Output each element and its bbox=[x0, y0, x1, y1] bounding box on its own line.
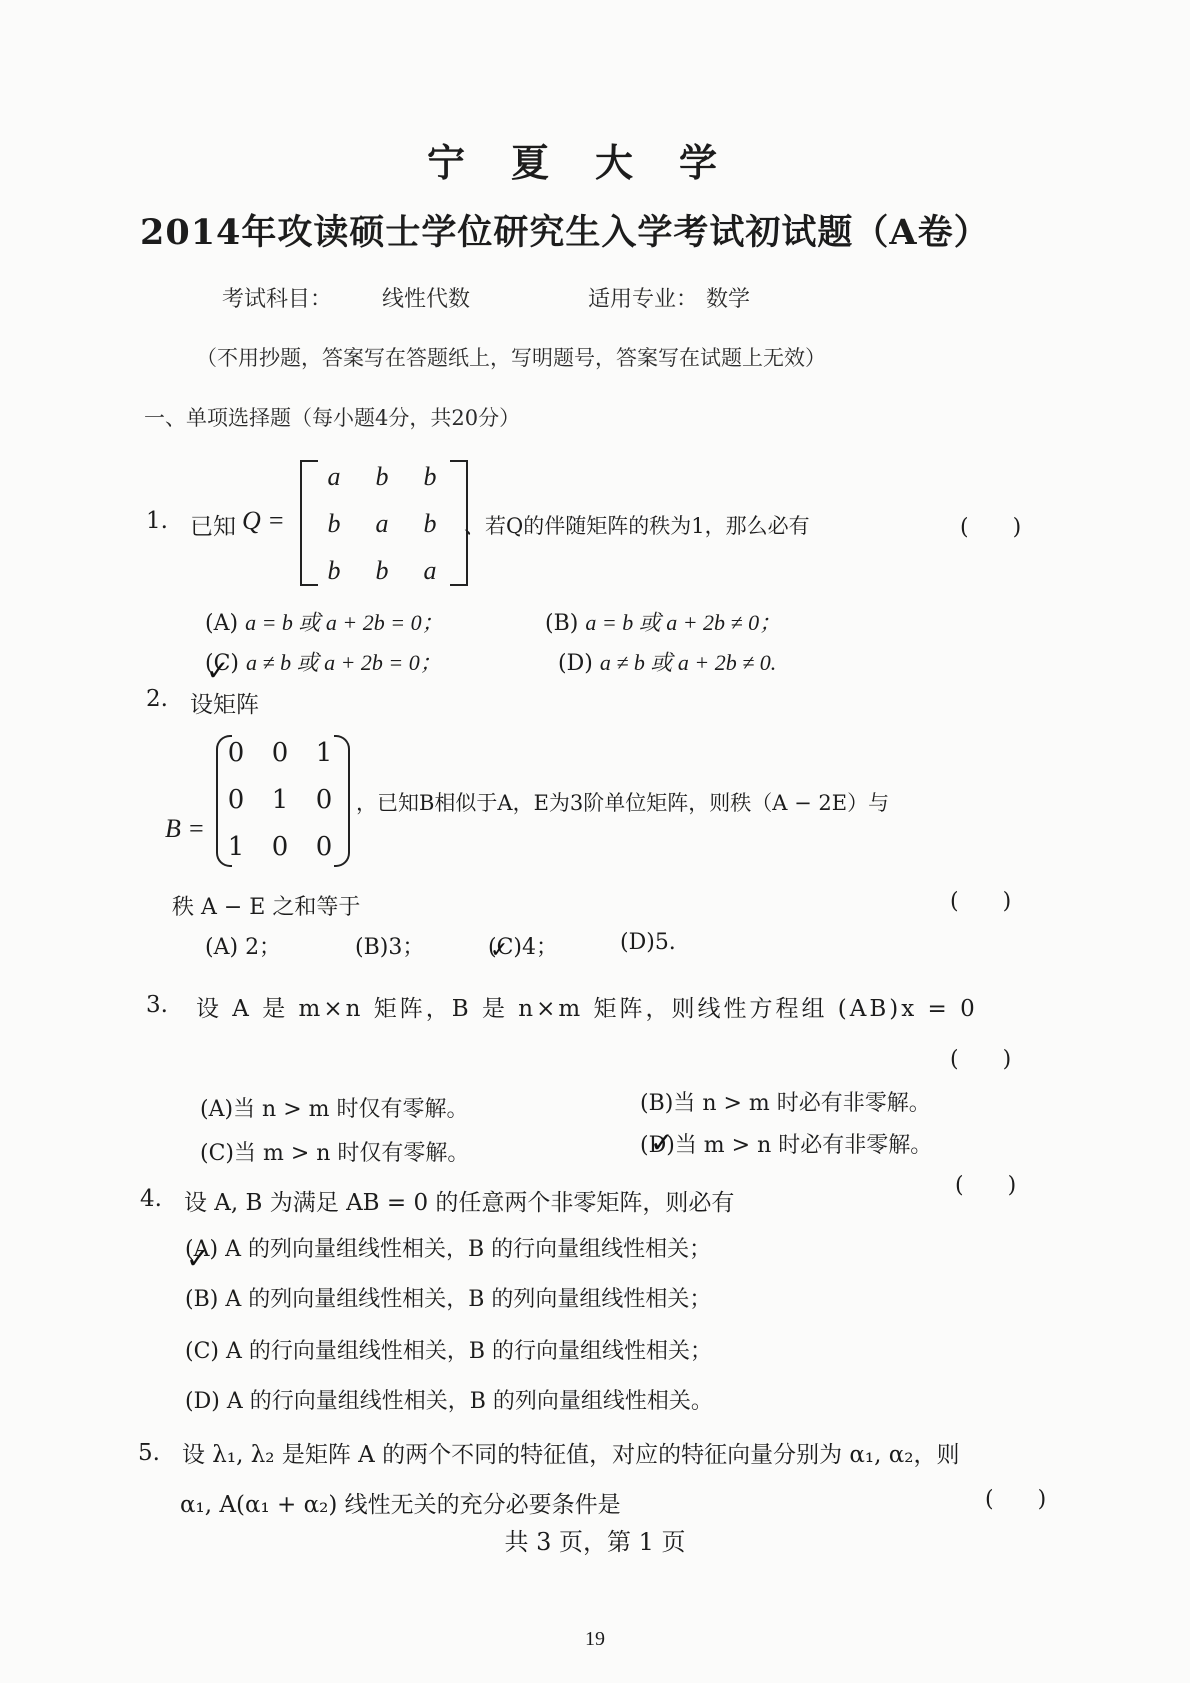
option-text: 当 n > m 时仅有零解。 bbox=[233, 1097, 468, 1122]
matrix-cell: a bbox=[328, 462, 341, 492]
matrix-cell: b bbox=[328, 556, 341, 586]
option-label: (A) bbox=[200, 1097, 233, 1122]
major-value: 数学 bbox=[706, 282, 750, 313]
option-d: (D)5. bbox=[620, 930, 676, 955]
matrix-cell: 1 bbox=[272, 785, 289, 815]
option-a: (A) A 的列向量组线性相关，B 的行向量组线性相关； bbox=[185, 1232, 711, 1263]
option-c: (C) a ≠ b 或 a + 2b = 0； bbox=[205, 646, 442, 677]
answer-blank: ( ) bbox=[960, 510, 1021, 541]
matrix-cell: 0 bbox=[228, 785, 245, 815]
answer-blank: ( ) bbox=[950, 884, 1011, 915]
question-stem: 设 A 是 m×n 矩阵，B 是 n×m 矩阵，则线性方程组 (AB)x = 0 bbox=[196, 990, 978, 1023]
question-stem: 设 A, B 为满足 AB = 0 的任意两个非零矩阵，则必有 bbox=[184, 1184, 734, 1217]
matrix-cell: 0 bbox=[272, 738, 289, 768]
option-text: 2； bbox=[245, 935, 281, 960]
option-c: (C)当 m > n 时仅有零解。 bbox=[200, 1136, 469, 1167]
matrix-cell: a bbox=[376, 509, 389, 539]
answer-blank: ( ) bbox=[955, 1168, 1016, 1199]
option-text: a ≠ b 或 a + 2b ≠ 0. bbox=[600, 650, 777, 675]
option-label: (C) bbox=[185, 1339, 219, 1364]
section-heading: 一、单项选择题（每小题4分，共20分） bbox=[144, 402, 520, 432]
check-mark-icon: ✓ bbox=[186, 1242, 209, 1275]
check-mark-icon: ✓ bbox=[650, 1126, 673, 1159]
matrix-cell: 1 bbox=[228, 832, 245, 862]
option-text: A 的行向量组线性相关，B 的行向量组线性相关； bbox=[226, 1339, 712, 1364]
matrix-name: Q = bbox=[242, 506, 285, 536]
option-d: (D) A 的行向量组线性相关，B 的列向量组线性相关。 bbox=[185, 1384, 713, 1415]
option-text: a = b 或 a + 2b ≠ 0； bbox=[585, 610, 781, 635]
option-b: (B) A 的列向量组线性相关，B 的列向量组线性相关； bbox=[185, 1282, 711, 1313]
instructions: （不用抄题，答案写在答题纸上，写明题号，答案写在试题上无效） bbox=[196, 342, 826, 372]
matrix-cell: b bbox=[376, 556, 389, 586]
school-name: 宁夏大学 bbox=[0, 132, 1190, 187]
question-number: 4. bbox=[140, 1186, 162, 1212]
matrix-name: B = bbox=[165, 814, 205, 844]
matrix-b: 0 0 1 0 1 0 1 0 0 bbox=[214, 729, 346, 870]
check-mark-icon: ✓ bbox=[490, 938, 508, 963]
question-number: 3. bbox=[146, 992, 168, 1018]
option-label: (D) bbox=[558, 651, 593, 676]
option-label: (C) bbox=[200, 1141, 234, 1166]
option-label: (B) bbox=[545, 611, 578, 636]
matrix-cell: a bbox=[424, 556, 437, 586]
option-d: (D)当 m > n 时必有非零解。 bbox=[640, 1128, 932, 1159]
matrix-cell: 0 bbox=[228, 738, 245, 768]
option-text: a ≠ b 或 a + 2b = 0； bbox=[246, 650, 442, 675]
option-text: 4； bbox=[522, 935, 558, 960]
matrix-cell: b bbox=[376, 462, 389, 492]
option-b: (B)当 n > m 时必有非零解。 bbox=[640, 1086, 931, 1117]
option-d: (D) a ≠ b 或 a + 2b ≠ 0. bbox=[558, 646, 776, 677]
option-b: (B) a = b 或 a + 2b ≠ 0； bbox=[545, 606, 781, 637]
subject-value: 线性代数 bbox=[382, 282, 470, 313]
question-stem: 、若Q的伴随矩阵的秩为1，那么必有 bbox=[464, 510, 810, 540]
option-label: (B) bbox=[185, 1287, 218, 1312]
question-stem: ，已知B相似于A，E为3阶单位矩阵，则秩（A − 2E）与 bbox=[356, 787, 889, 817]
option-text: 当 m > n 时仅有零解。 bbox=[234, 1141, 469, 1166]
answer-blank: ( ) bbox=[950, 1042, 1011, 1073]
option-a: (A) 2； bbox=[205, 930, 281, 961]
option-label: (D) bbox=[185, 1389, 220, 1414]
question-prefix: 已知 bbox=[190, 508, 236, 541]
option-label: (A) bbox=[205, 611, 238, 636]
matrix-q: a b b b a b b b a bbox=[310, 453, 454, 594]
question-stem: 设 λ₁, λ₂ 是矩阵 A 的两个不同的特征值，对应的特征向量分别为 α₁, … bbox=[182, 1436, 960, 1469]
option-text: 5. bbox=[655, 930, 676, 955]
matrix-cell: b bbox=[424, 462, 437, 492]
matrix-cell: b bbox=[328, 509, 341, 539]
option-label: (A) bbox=[205, 935, 238, 960]
option-text: a = b 或 a + 2b = 0； bbox=[245, 610, 444, 635]
question-stem-continued: 秩 A − E 之和等于 bbox=[172, 890, 360, 921]
option-c: (C) A 的行向量组线性相关，B 的行向量组线性相关； bbox=[185, 1334, 712, 1365]
right-paren bbox=[334, 735, 350, 867]
option-text: A 的行向量组线性相关，B 的列向量组线性相关。 bbox=[227, 1389, 713, 1414]
option-a: (A) a = b 或 a + 2b = 0； bbox=[205, 606, 444, 637]
check-mark-icon: ✓ bbox=[206, 654, 229, 687]
option-text: 3； bbox=[388, 935, 424, 960]
option-a: (A)当 n > m 时仅有零解。 bbox=[200, 1092, 469, 1123]
option-b: (B)3； bbox=[355, 930, 424, 961]
option-text: A 的列向量组线性相关，B 的行向量组线性相关； bbox=[225, 1237, 711, 1262]
matrix-cell: 0 bbox=[316, 785, 333, 815]
question-number: 1. bbox=[146, 508, 168, 534]
page-info: 共 3 页，第 1 页 bbox=[0, 1522, 1190, 1557]
answer-blank: ( ) bbox=[985, 1482, 1046, 1513]
option-text: A 的列向量组线性相关，B 的列向量组线性相关； bbox=[225, 1287, 711, 1312]
option-label: (B) bbox=[640, 1091, 673, 1116]
question-stem-continued: α₁, A(α₁ + α₂) 线性无关的充分必要条件是 bbox=[180, 1486, 621, 1519]
matrix-cell: b bbox=[424, 509, 437, 539]
option-text: 当 n > m 时必有非零解。 bbox=[673, 1091, 930, 1116]
option-label: (D) bbox=[620, 930, 655, 955]
subject-label: 考试科目： bbox=[222, 282, 332, 313]
matrix-cell: 0 bbox=[272, 832, 289, 862]
matrix-cell: 0 bbox=[316, 832, 333, 862]
page-number: 19 bbox=[0, 1628, 1190, 1651]
matrix-cell: 1 bbox=[316, 738, 333, 768]
major-label: 适用专业： bbox=[588, 282, 698, 313]
exam-title: 2014年攻读硕士学位研究生入学考试初试题（A卷） bbox=[140, 205, 990, 255]
question-number: 5. bbox=[138, 1440, 160, 1466]
question-number: 2. bbox=[146, 686, 168, 712]
option-label: (B) bbox=[355, 935, 388, 960]
option-text: 当 m > n 时必有非零解。 bbox=[675, 1133, 932, 1158]
question-prefix: 设矩阵 bbox=[190, 686, 259, 719]
